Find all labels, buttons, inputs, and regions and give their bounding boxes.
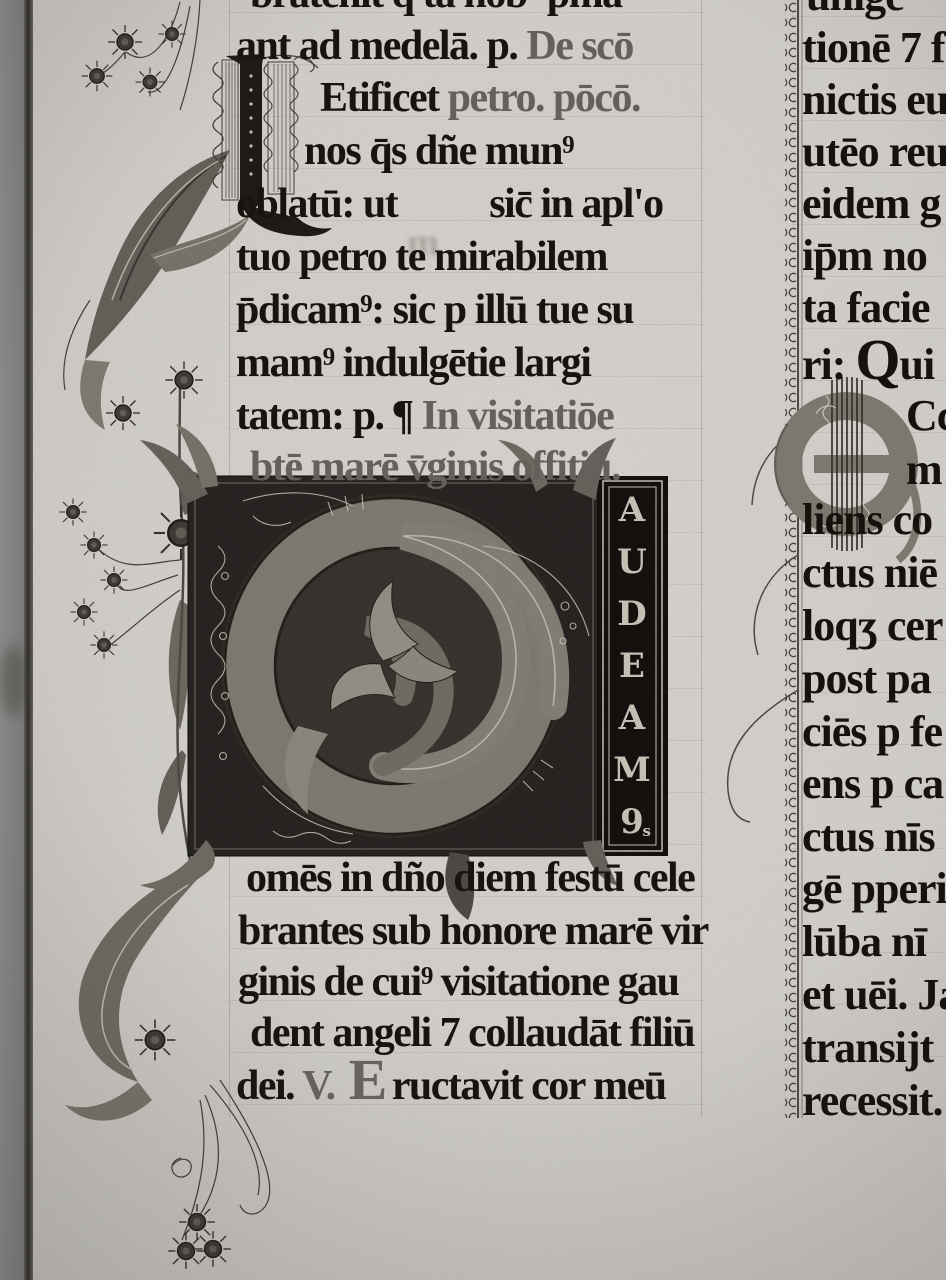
text-line-right-20: transijt (802, 1022, 933, 1074)
text-line-right-8: Cce (906, 390, 946, 442)
text-line-right-13: post pa (802, 653, 931, 705)
line-text: ui (900, 340, 935, 389)
text-line-right-9: m (906, 444, 942, 496)
text-line-right-17: gē pperi (802, 863, 946, 915)
text-line-left-6: p̄dicam⁹: sic p illū tue su (236, 284, 633, 336)
text-line-left-5: tuo petro te mirabilem (236, 231, 607, 283)
text-line-left-1: ant ad medelā. p. De scō (236, 20, 633, 72)
text-line-right-3: utēo reu (802, 126, 946, 178)
rubric-text: petro. pōcō. (448, 75, 640, 121)
line-text: ant ad medelā. p. (236, 23, 517, 69)
rubric-text: De scō (526, 23, 632, 69)
bar-letter: A (604, 692, 660, 744)
ornate-Q: Q (855, 327, 899, 392)
line-text: dei. (236, 1063, 294, 1109)
text-line-right-2: nictis eu (802, 74, 946, 126)
bar-letter: 9 (620, 805, 644, 839)
text-line-left-14: dei.V.Eructavit cor meū (236, 1054, 666, 1112)
photo-background-band (0, 0, 26, 1280)
text-line-right-19: et uēi. Ja (802, 969, 946, 1021)
text-line-right-18: lūba nī (802, 916, 926, 968)
bar-letter-inset: s (643, 824, 651, 839)
text-line-left-11: brantes sub honore marē vir (238, 905, 708, 957)
text-line-left-2: Etificet petro. pōcō. (320, 72, 640, 124)
text-line-right-4: eidem g (802, 178, 940, 230)
text-line-left-8: tatem: p.¶ In visitatiōe (236, 390, 613, 442)
bar-letter: U (604, 536, 660, 588)
text-line-left-4: oblatū: utmsic̄ in apl'o (236, 178, 663, 230)
bar-letter: M (604, 744, 660, 796)
text-line-right-14: ciēs p fe (802, 706, 942, 758)
line-text: sic̄ in apl'o (489, 181, 662, 227)
manuscript-photo: A U D E A M 9 s (0, 0, 946, 1280)
line-text: tatem: p. (236, 393, 383, 439)
text-line-left-9: btē marē v̄ginis offitiū. (250, 441, 620, 493)
text-line-right-12: loqʒ cer (802, 600, 942, 652)
text-line-left-3: nos q̄s dñe mun⁹ (304, 125, 573, 177)
bar-letter: D (604, 588, 660, 640)
text-line-right-0: unigē (806, 0, 904, 22)
text-line-left-10: omēs in dño diem festū cele (246, 852, 694, 904)
text-line-right-5: ip̄m no (802, 230, 927, 282)
line-text: oblatū: ut (236, 181, 397, 227)
line-text: Etificet (320, 75, 439, 121)
versicle-mark: V. (302, 1063, 334, 1109)
text-line-left-13: dent angeli 7 collaudāt filiū (250, 1007, 694, 1059)
text-line-right-7: ri: Qui (802, 334, 934, 391)
rubric-initial-E: E (349, 1047, 386, 1112)
line-text: ri: (802, 340, 845, 389)
rubric-text: In visitatiōe (422, 393, 614, 439)
text-line-right-10: liens co (802, 494, 932, 546)
text-line-right-21: recessit. (802, 1075, 942, 1127)
text-line-right-11: ctus niē (802, 547, 937, 599)
text-line-left-7: mam⁹ indulgētie largi (236, 337, 590, 389)
text-line-left-12: ginis de cui⁹ visitatione gau (238, 956, 678, 1008)
text-line-left-0: bratēnit q̄ ta nob⁹ pma (250, 0, 622, 20)
text-line-right-1: tionē 7 f (802, 22, 945, 74)
edge-smudge (0, 645, 28, 717)
text-line-right-15: ens p ca (802, 758, 943, 810)
vertical-label-letters: A U D E A M 9 s (604, 484, 660, 848)
paraph-mark: ¶ (391, 393, 412, 439)
lombard-initial-E (786, 376, 912, 576)
line-text: ructavit cor meū (392, 1063, 666, 1109)
bar-letter: E (604, 640, 660, 692)
text-line-right-16: ctus nīs (802, 811, 935, 863)
bar-letter-final: 9 s (604, 796, 660, 848)
